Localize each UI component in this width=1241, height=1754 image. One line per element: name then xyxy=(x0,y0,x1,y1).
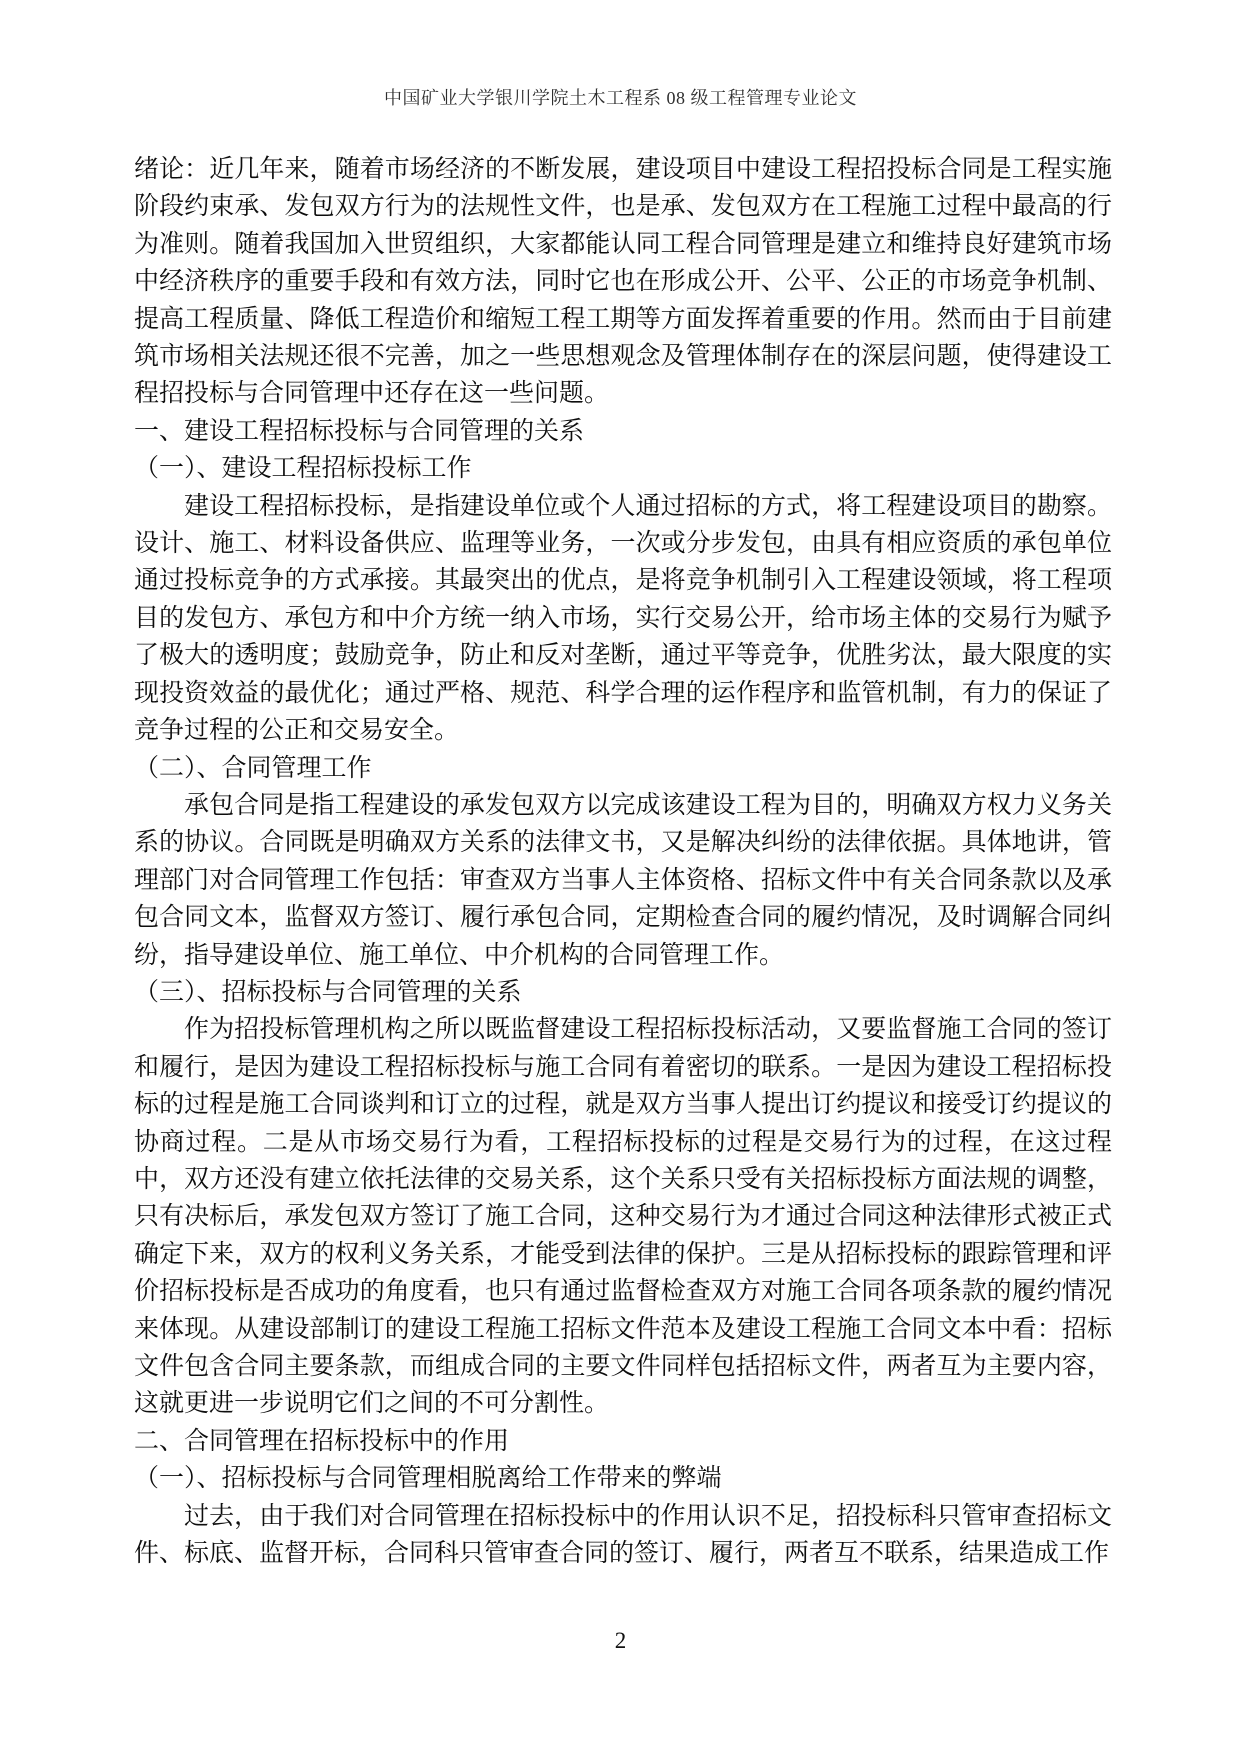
paragraph: 承包合同是指工程建设的承发包双方以完成该建设工程为目的，明确双方权力义务关系的协… xyxy=(134,787,1112,974)
page-number: 2 xyxy=(0,1628,1241,1654)
paragraph: 绪论：近几年来，随着市场经济的不断发展，建设项目中建设工程招投标合同是工程实施阶… xyxy=(134,151,1112,413)
document-body: 绪论：近几年来，随着市场经济的不断发展，建设项目中建设工程招投标合同是工程实施阶… xyxy=(134,151,1112,1572)
paragraph: 建设工程招标投标，是指建设单位或个人通过招标的方式，将工程建设项目的勘察。设计、… xyxy=(134,488,1112,750)
section-heading: （一）、招标投标与合同管理相脱离给工作带来的弊端 xyxy=(134,1460,1112,1497)
section-heading: （三）、招标投标与合同管理的关系 xyxy=(134,974,1112,1011)
section-heading: 一、建设工程招标投标与合同管理的关系 xyxy=(134,413,1112,450)
section-heading: （一）、建设工程招标投标工作 xyxy=(134,450,1112,487)
section-heading: （二）、合同管理工作 xyxy=(134,750,1112,787)
section-heading: 二、合同管理在招标投标中的作用 xyxy=(134,1423,1112,1460)
paragraph: 过去，由于我们对合同管理在招标投标中的作用认识不足，招投标科只管审查招标文件、标… xyxy=(134,1498,1112,1573)
paragraph: 作为招投标管理机构之所以既监督建设工程招标投标活动，又要监督施工合同的签订和履行… xyxy=(134,1011,1112,1422)
document-page: 中国矿业大学银川学院土木工程系 08 级工程管理专业论文 绪论：近几年来，随着市… xyxy=(0,0,1241,1754)
page-header-title: 中国矿业大学银川学院土木工程系 08 级工程管理专业论文 xyxy=(0,84,1241,110)
